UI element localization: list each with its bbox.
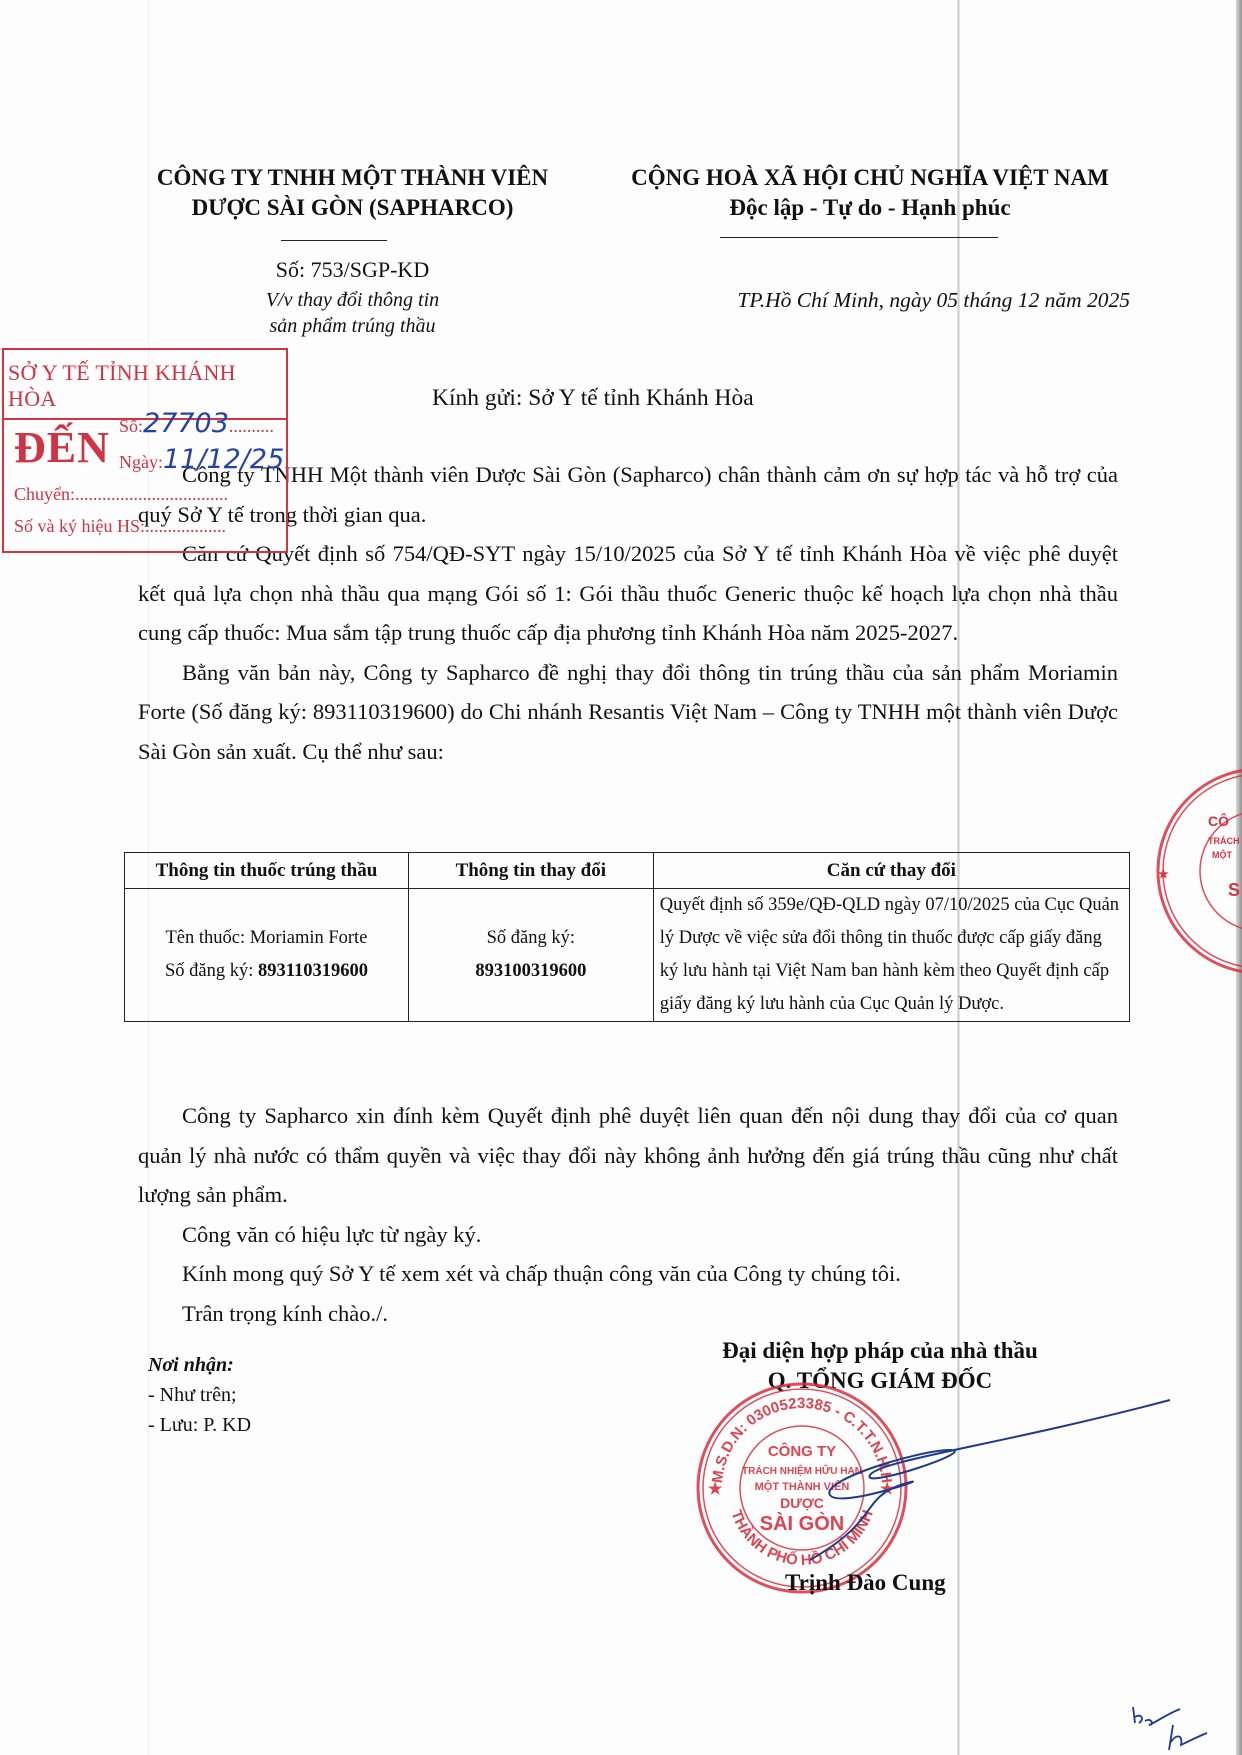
subject-line: sản phẩm trúng thầu [120, 313, 585, 339]
svg-text:MỘT: MỘT [1212, 849, 1232, 860]
paragraph: Kính mong quý Sở Y tế xem xét và chấp th… [138, 1254, 1118, 1294]
new-reg-value: 893100319600 [417, 955, 645, 988]
svg-text:TRÁCH: TRÁCH [1208, 836, 1240, 846]
field-label: Ngày: [119, 452, 163, 472]
paragraph: Công văn có hiệu lực từ ngày ký. [138, 1215, 1118, 1255]
signer-role: Đại diện hợp pháp của nhà thầu [660, 1336, 1100, 1366]
column-header: Thông tin thay đổi [408, 853, 653, 889]
document-number: Số: 753/SGP-KD [120, 256, 585, 284]
stamp-ngay-field: Ngày:11/12/25 [119, 444, 284, 475]
reg-label: Số đăng ký: [417, 922, 645, 955]
reg-label: Số đăng ký: [165, 961, 258, 981]
paragraph: Trân trọng kính chào./. [138, 1294, 1118, 1334]
recipients-list: Nơi nhận: - Như trên; - Lưu: P. KD [148, 1350, 251, 1440]
incoming-document-stamp: SỞ Y TẾ TỈNH KHÁNH HÒA ĐẾN Số:27703.....… [2, 348, 288, 553]
signer-name: Trịnh Đào Cung [785, 1570, 946, 1596]
nation-name: CỘNG HOÀ XÃ HỘI CHỦ NGHĨA VIỆT NAM [605, 163, 1135, 193]
recipients-title: Nơi nhận: [148, 1350, 251, 1380]
closing-paragraphs: Công ty Sapharco xin đính kèm Quyết định… [138, 1096, 1118, 1333]
stamp-so-field: Số:27703.......... [119, 408, 274, 439]
reg-value: 893110319600 [258, 961, 368, 981]
handwritten-signature-icon [800, 1390, 1180, 1570]
stamp-den-label: ĐẾN [14, 422, 110, 473]
recipient-item: - Lưu: P. KD [148, 1410, 251, 1440]
company-name-line2: DƯỢC SÀI GÒN (SAPHARCO) [120, 193, 585, 223]
document-subject: V/v thay đổi thông tin sản phẩm trúng th… [120, 287, 585, 339]
stamp-chuyen-field: Chuyển:.................................… [14, 484, 228, 505]
recipient-line: Kính gửi: Sở Y tế tỉnh Khánh Hòa [432, 385, 754, 412]
stamp-kyhieu-field: Số và ký hiệu HS:.................. [14, 516, 226, 537]
paragraph: Bằng văn bản này, Công ty Sapharco đề ng… [138, 653, 1118, 772]
table-header-row: Thông tin thuốc trúng thầu Thông tin tha… [125, 853, 1130, 889]
svg-text:S: S [1228, 880, 1240, 900]
svg-text:★: ★ [1158, 867, 1169, 881]
handwritten-date: 11/12/25 [163, 444, 284, 475]
svg-text:CÔ: CÔ [1208, 812, 1229, 829]
subject-line: V/v thay đổi thông tin [120, 287, 585, 313]
svg-text:★: ★ [708, 1481, 723, 1498]
change-info-table: Thông tin thuốc trúng thầu Thông tin tha… [124, 852, 1130, 1022]
original-reg-number: Số đăng ký: 893110319600 [133, 955, 400, 988]
column-header: Căn cứ thay đổi [653, 853, 1129, 889]
national-header: CỘNG HOÀ XÃ HỘI CHỦ NGHĨA VIỆT NAM Độc l… [605, 163, 1135, 223]
handwritten-number: 27703 [143, 408, 229, 439]
drug-name: Tên thuốc: Moriamin Forte [133, 922, 400, 955]
national-motto: Độc lập - Tự do - Hạnh phúc [605, 193, 1135, 223]
changed-info: Số đăng ký: 893100319600 [408, 889, 653, 1022]
paragraph: Công ty Sapharco xin đính kèm Quyết định… [138, 1096, 1118, 1215]
place-date: TP.Hồ Chí Minh, ngày 05 tháng 12 năm 202… [600, 288, 1130, 313]
recipient-item: - Như trên; [148, 1380, 251, 1410]
field-label: Số: [119, 416, 143, 436]
motto-divider [720, 237, 998, 238]
field-label: Chuyển: [14, 484, 75, 504]
column-header: Thông tin thuốc trúng thầu [125, 853, 409, 889]
company-header: CÔNG TY TNHH MỘT THÀNH VIÊN DƯỢC SÀI GÒN… [120, 163, 585, 223]
partial-seal-icon: ★ CÔ TRÁCH MỘT S [1150, 766, 1242, 976]
original-drug-info: Tên thuốc: Moriamin Forte Số đăng ký: 89… [125, 889, 409, 1022]
handwritten-initials-icon [1125, 1695, 1225, 1750]
table-row: Tên thuốc: Moriamin Forte Số đăng ký: 89… [125, 889, 1130, 1022]
company-name-line1: CÔNG TY TNHH MỘT THÀNH VIÊN [120, 163, 585, 193]
field-label: Số và ký hiệu HS: [14, 516, 145, 536]
header-divider [281, 240, 387, 241]
change-basis: Quyết định số 359e/QĐ-QLD ngày 07/10/202… [653, 889, 1129, 1022]
